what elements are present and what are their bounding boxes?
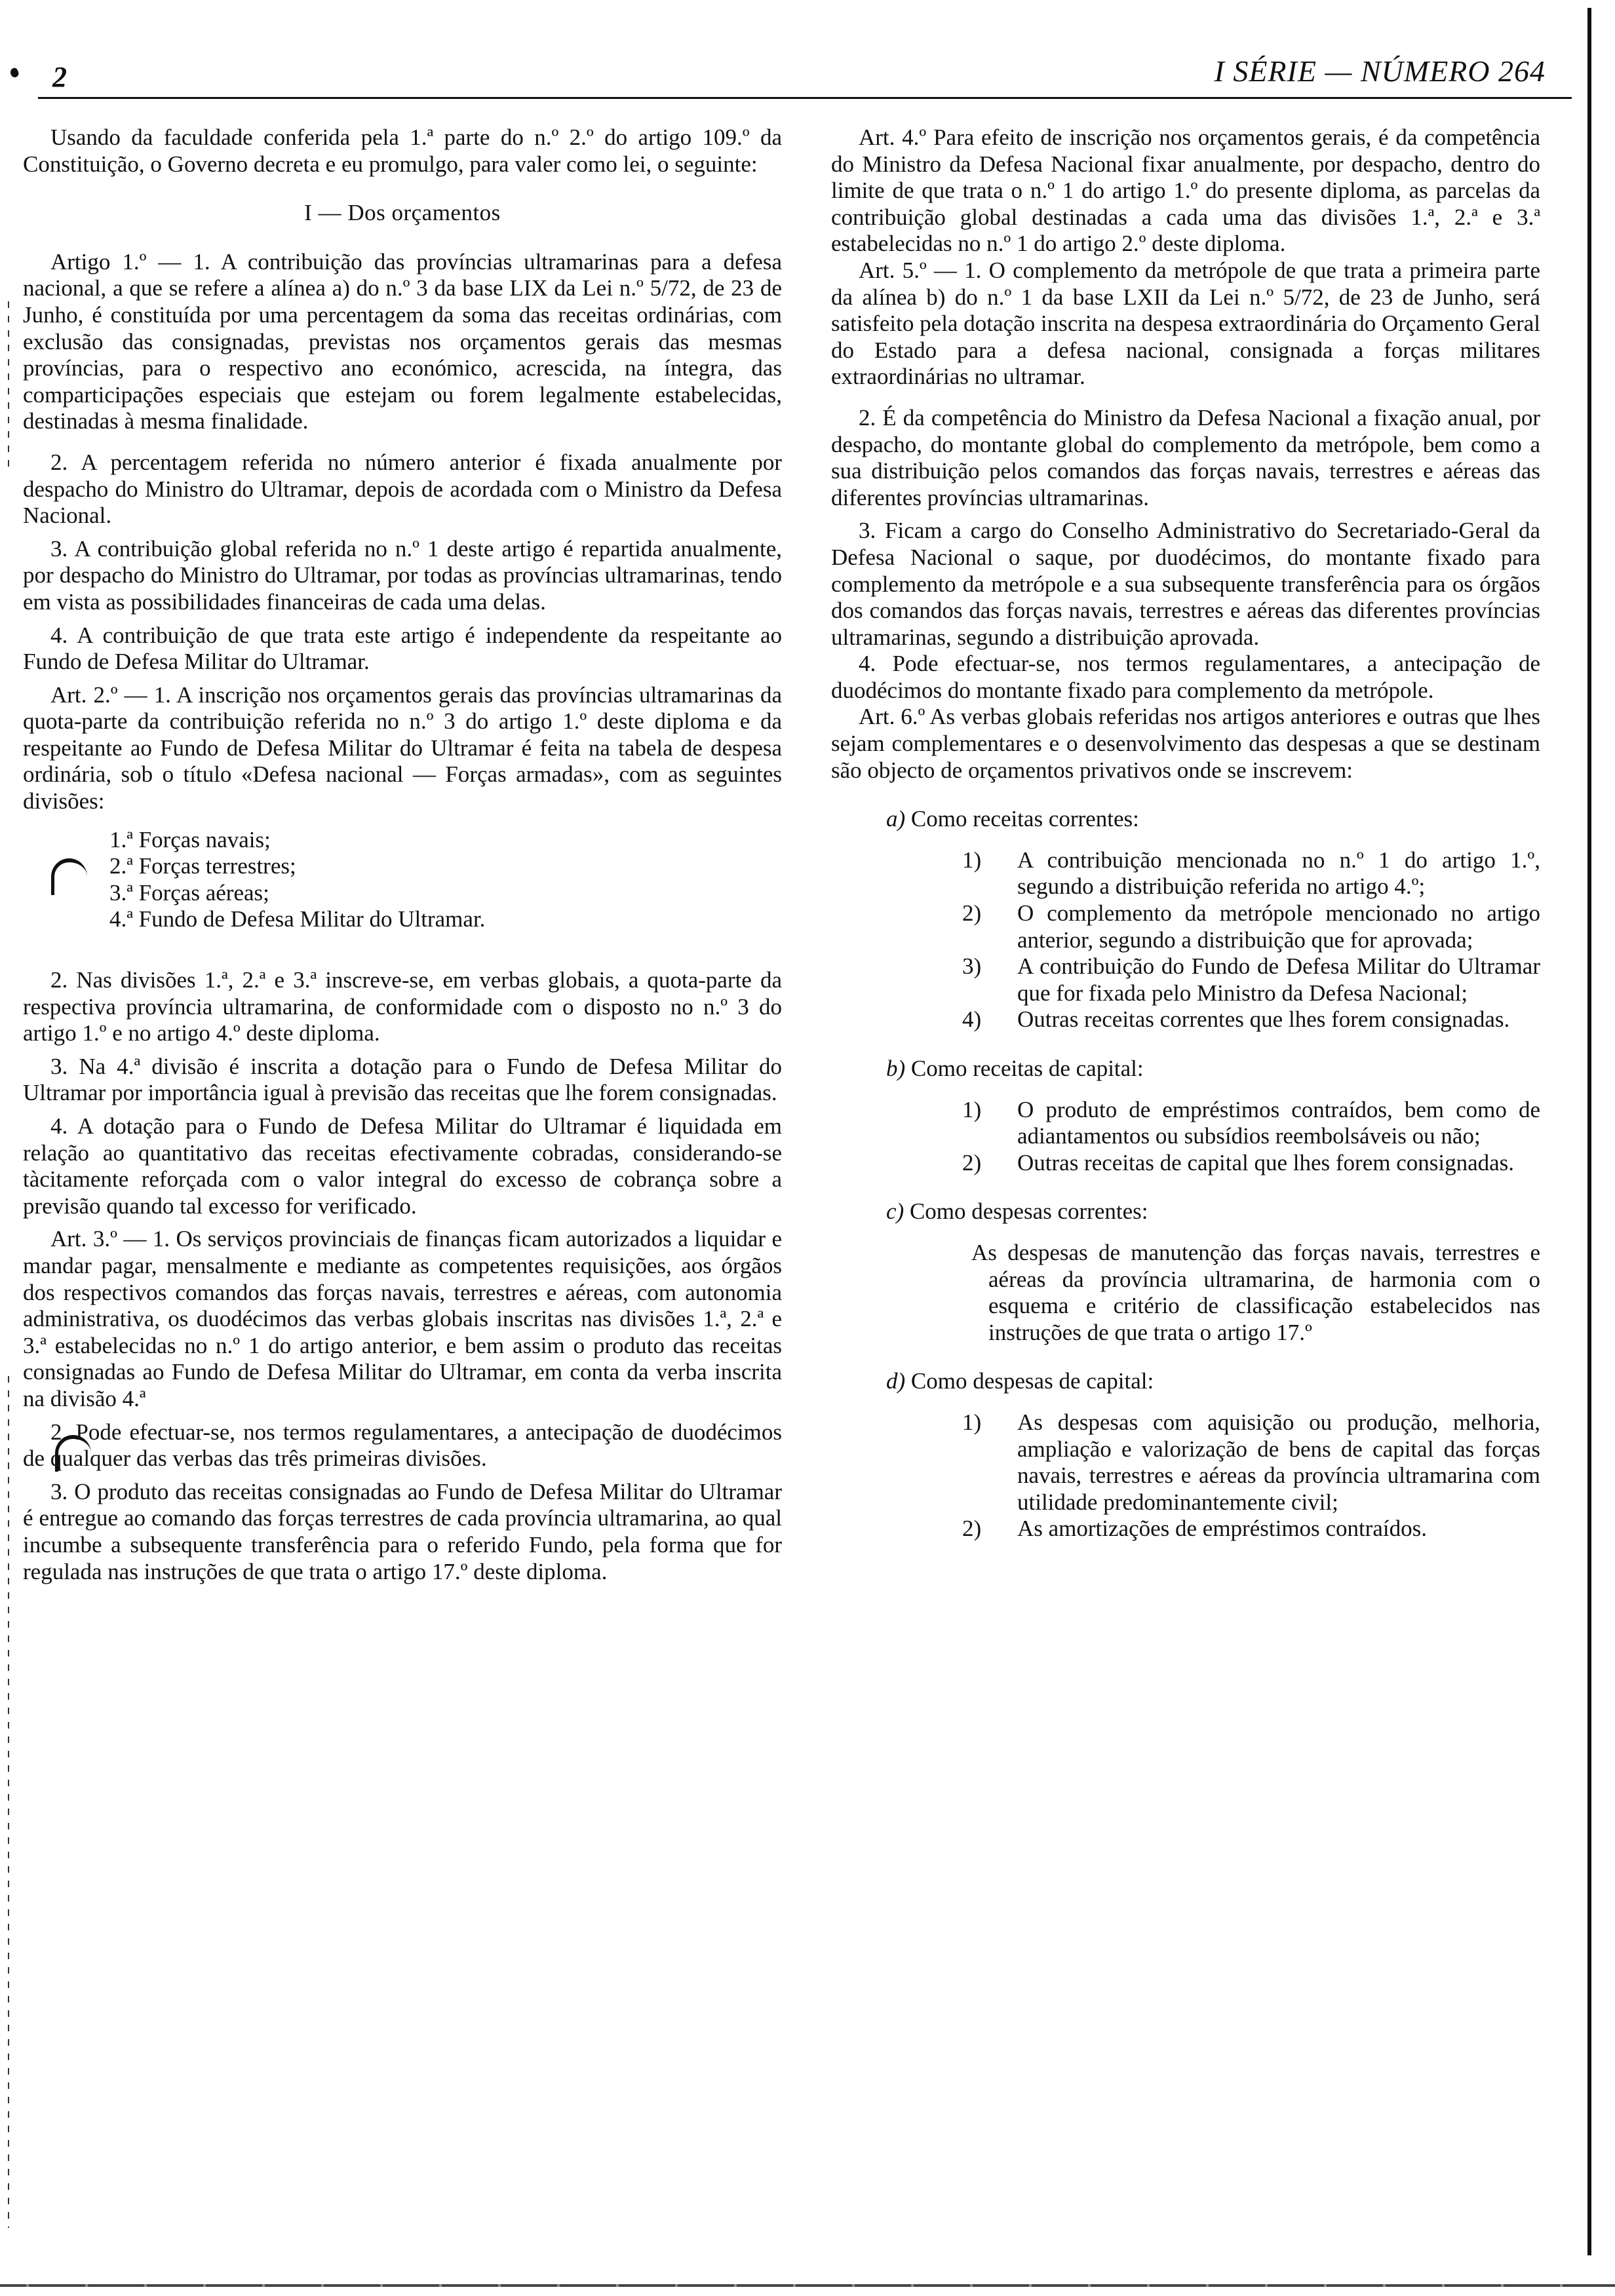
article-5-paragraph-1: Art. 5.º — 1. O complemento da metrópole…: [831, 258, 1540, 391]
list-item: 1) A contribuição mencionada no n.º 1 do…: [962, 847, 1540, 900]
alinea-d: d) Como despesas de capital:: [831, 1368, 1540, 1395]
margin-mark: [8, 1376, 9, 2228]
item-number: 3): [962, 953, 1017, 980]
alinea-a-items: 1) A contribuição mencionada no n.º 1 do…: [831, 847, 1540, 1033]
preamble: Usando da faculdade conferida pela 1.ª p…: [23, 124, 782, 178]
division-item: 4.ª Fundo de Defesa Militar do Ultramar.: [109, 906, 782, 933]
alinea-title: Como receitas de capital:: [911, 1056, 1144, 1081]
page-number: 2: [52, 60, 67, 94]
item-number: 1): [962, 847, 1017, 874]
right-column: Art. 4.º Para efeito de inscrição nos or…: [831, 124, 1540, 1542]
article-3-paragraph-3: 3. O produto das receitas consignadas ao…: [23, 1479, 782, 1585]
alinea-b: b) Como receitas de capital:: [831, 1056, 1540, 1082]
alinea-letter: d): [886, 1368, 905, 1394]
list-item: 2) Outras receitas de capital que lhes f…: [962, 1150, 1540, 1177]
series-title: I SÉRIE — NÚMERO 264: [1215, 54, 1546, 88]
alinea-letter: b): [886, 1056, 905, 1081]
article-3-paragraph-1: Art. 3.º — 1. Os serviços provinciais de…: [23, 1226, 782, 1412]
article-2-paragraph-3: 3. Na 4.ª divisão é inscrita a dotação p…: [23, 1054, 782, 1107]
article-1-paragraph-4: 4. A contribuição de que trata este arti…: [23, 622, 782, 676]
division-item: 2.ª Forças terrestres;: [109, 853, 782, 880]
alinea-c: c) Como despesas correntes:: [831, 1198, 1540, 1225]
alinea-title: Como despesas de capital:: [911, 1368, 1154, 1394]
alinea-d-items: 1) As despesas com aquisição ou produção…: [831, 1409, 1540, 1542]
article-6-intro: Art. 6.º As verbas globais referidas nos…: [831, 704, 1540, 784]
list-item: 1) As despesas com aquisição ou produção…: [962, 1409, 1540, 1516]
alinea-c-paragraph: As despesas de manutenção das forças nav…: [988, 1240, 1540, 1346]
margin-mark: [8, 301, 9, 472]
alinea-a: a) Como receitas correntes:: [831, 806, 1540, 833]
section-heading: I — Dos orçamentos: [23, 200, 782, 227]
article-5-paragraph-2: 2. É da competência do Ministro da Defes…: [831, 405, 1540, 511]
division-item: 3.ª Forças aéreas;: [109, 880, 782, 907]
article-2-paragraph-4: 4. A dotação para o Fundo de Defesa Mili…: [23, 1113, 782, 1219]
alinea-c-body: As despesas de manutenção das forças nav…: [831, 1240, 1540, 1346]
item-text: A contribuição do Fundo de Defesa Milita…: [1017, 953, 1540, 1006]
item-text: Outras receitas de capital que lhes fore…: [1017, 1150, 1540, 1177]
item-text: A contribuição mencionada no n.º 1 do ar…: [1017, 847, 1540, 900]
divisions-list: 1.ª Forças navais; 2.ª Forças terrestres…: [23, 827, 782, 933]
article-2-paragraph-2: 2. Nas divisões 1.ª, 2.ª e 3.ª inscreve-…: [23, 967, 782, 1047]
list-item: 2) As amortizações de empréstimos contra…: [962, 1516, 1540, 1542]
ink-smudge-icon: [55, 1435, 91, 1472]
item-number: 4): [962, 1006, 1017, 1033]
item-text: Outras receitas correntes que lhes forem…: [1017, 1006, 1540, 1033]
ink-smudge-icon: [51, 858, 87, 895]
item-text: As amortizações de empréstimos contraído…: [1017, 1516, 1540, 1542]
item-number: 2): [962, 1150, 1017, 1177]
header-rule: [38, 97, 1572, 99]
item-text: As despesas com aquisição ou produção, m…: [1017, 1409, 1540, 1516]
alinea-title: Como despesas correntes:: [910, 1198, 1148, 1224]
article-1-paragraph-1: Artigo 1.º — 1. A contribuição das proví…: [23, 249, 782, 435]
ink-blot-icon: [9, 67, 20, 79]
page-edge-border: [1587, 8, 1591, 2255]
article-5-paragraph-3: 3. Ficam a cargo do Conselho Administrat…: [831, 518, 1540, 651]
list-item: 1) O produto de empréstimos contraídos, …: [962, 1097, 1540, 1150]
alinea-b-items: 1) O produto de empréstimos contraídos, …: [831, 1097, 1540, 1177]
article-1-paragraph-2: 2. A percentagem referida no número ante…: [23, 450, 782, 529]
page-header: 2 I SÉRIE — NÚMERO 264: [0, 0, 1615, 105]
division-item: 1.ª Forças navais;: [109, 827, 782, 854]
item-number: 1): [962, 1409, 1017, 1436]
item-text: O produto de empréstimos contraídos, bem…: [1017, 1097, 1540, 1150]
list-item: 3) A contribuição do Fundo de Defesa Mil…: [962, 953, 1540, 1006]
alinea-letter: c): [886, 1198, 904, 1224]
alinea-letter: a): [886, 806, 905, 832]
item-number: 2): [962, 1516, 1017, 1542]
list-item: 2) O complemento da metrópole mencionado…: [962, 900, 1540, 953]
article-2-paragraph-1: Art. 2.º — 1. A inscrição nos orçamentos…: [23, 682, 782, 815]
page-bottom-edge: [0, 2284, 1615, 2287]
item-number: 1): [962, 1097, 1017, 1124]
list-item: 4) Outras receitas correntes que lhes fo…: [962, 1006, 1540, 1033]
article-4: Art. 4.º Para efeito de inscrição nos or…: [831, 124, 1540, 258]
alinea-title: Como receitas correntes:: [911, 806, 1139, 832]
article-1-paragraph-3: 3. A contribuição global referida no n.º…: [23, 536, 782, 616]
item-text: O complemento da metrópole mencionado no…: [1017, 900, 1540, 953]
article-3-paragraph-2: 2. Pode efectuar-se, nos termos regulame…: [23, 1419, 782, 1472]
item-number: 2): [962, 900, 1017, 927]
left-column: Usando da faculdade conferida pela 1.ª p…: [23, 124, 782, 1585]
article-5-paragraph-4: 4. Pode efectuar-se, nos termos regulame…: [831, 651, 1540, 704]
